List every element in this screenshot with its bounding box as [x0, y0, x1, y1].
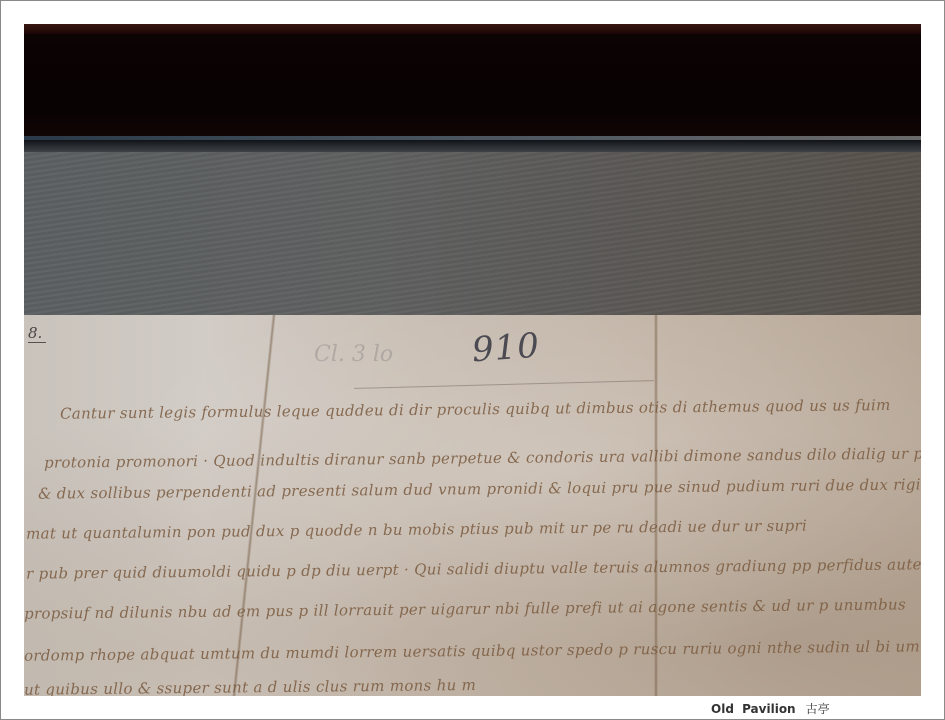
photo-caption: Old Pavilion古亭 [711, 700, 830, 717]
parchment-fold-right [654, 315, 658, 696]
photograph: 8. Cl. 3 lo 910 Cantur sunt legis formul… [24, 24, 921, 696]
faint-pencil-note: Cl. 3 lo [314, 342, 393, 367]
caption-text: Old Pavilion [711, 702, 796, 716]
shelf-mark: 8. [28, 324, 46, 343]
felt-backing [24, 152, 921, 318]
display-case-shadow [24, 140, 921, 152]
caption-cjk: 古亭 [806, 702, 830, 716]
display-case-rim [24, 24, 921, 34]
display-case-top [24, 34, 921, 140]
archive-number: 910 [471, 326, 542, 371]
